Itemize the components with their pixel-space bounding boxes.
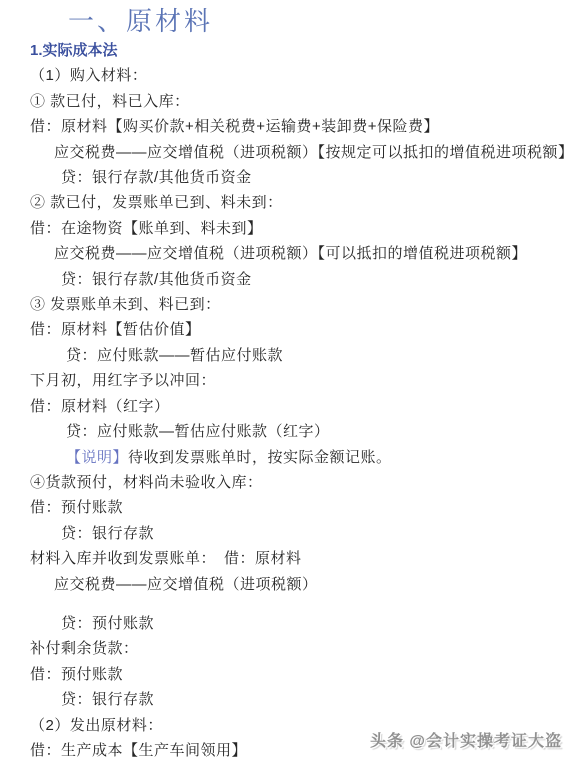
- document-line: （1）购入材料：: [30, 63, 562, 88]
- line-text: 贷：银行存款/其他货币资金: [61, 169, 252, 186]
- line-text: 应交税费——应交增值税（进项税额）: [54, 576, 318, 593]
- blank-space: [30, 595, 35, 612]
- document-line: 贷：应付账款——暂估应付账款: [30, 343, 562, 368]
- watermark-text: 头条 @会计实操考证大盗: [370, 733, 562, 750]
- line-text: （2）发出原材料：: [30, 717, 163, 734]
- document-line: ④货款预付，材料尚未验收入库：: [30, 470, 562, 495]
- line-text: 贷：预付账款: [61, 615, 154, 632]
- line-text: 待收到发票账单时，按实际金额记账。: [128, 449, 392, 466]
- blank-line: [30, 597, 562, 611]
- document-line: 下月初，用红字予以冲回：: [30, 368, 562, 393]
- line-text: 应交税费——应交增值税（进项税额）【可以抵扣的增值税进项税额】: [54, 245, 527, 262]
- document-line: 借：原材料【暂估价值】: [30, 317, 562, 342]
- document-line: 贷：预付账款: [30, 611, 562, 636]
- document-line: 借：预付账款: [30, 495, 562, 520]
- document-line: 材料入库并收到发票账单： 借：原材料: [30, 546, 562, 571]
- note-label: 【说明】: [66, 449, 128, 466]
- line-text: ③ 发票账单未到、料已到：: [30, 296, 221, 313]
- line-text: 借：原材料【暂估价值】: [30, 321, 201, 338]
- line-text: 补付剩余货款：: [30, 640, 139, 657]
- line-text: 贷：应付账款—暂估应付账款（红字）: [66, 423, 330, 440]
- document-line: 借：在途物资【账单到、料未到】: [30, 216, 562, 241]
- document-title: 一、原材料: [68, 6, 562, 36]
- document-line: 借：原材料【购买价款+相关税费+运输费+装卸费+保险费】: [30, 114, 562, 139]
- line-text: 贷：银行存款: [61, 525, 154, 542]
- document-line: ② 款已付，发票账单已到、料未到：: [30, 190, 562, 215]
- document-body: （1）购入材料：① 款已付，料已入库：借：原材料【购买价款+相关税费+运输费+装…: [30, 63, 562, 763]
- line-text: 贷：银行存款/其他货币资金: [61, 271, 252, 288]
- line-text: ④货款预付，材料尚未验收入库：: [30, 474, 263, 491]
- document-line: 贷：银行存款/其他货币资金: [30, 165, 562, 190]
- document-line: 贷：银行存款/其他货币资金: [30, 267, 562, 292]
- line-text: 应交税费——应交增值税（进项税额）【按规定可以抵扣的增值税进项税额】: [54, 144, 574, 161]
- document-line: 贷：银行存款: [30, 687, 562, 712]
- line-text: 借：在途物资【账单到、料未到】: [30, 220, 263, 237]
- line-text: 贷：应付账款——暂估应付账款: [66, 347, 283, 364]
- line-text: 借：原材料（红字）: [30, 398, 170, 415]
- line-text: 借：预付账款: [30, 666, 123, 683]
- line-text: 借：预付账款: [30, 499, 123, 516]
- line-text: ② 款已付，发票账单已到、料未到：: [30, 194, 283, 211]
- line-text: 材料入库并收到发票账单： 借：原材料: [30, 550, 302, 567]
- document-line: 借：原材料（红字）: [30, 394, 562, 419]
- line-text: 贷：银行存款: [61, 691, 154, 708]
- document-line: 借：预付账款: [30, 662, 562, 687]
- line-text: 借：原材料【购买价款+相关税费+运输费+装卸费+保险费】: [30, 118, 439, 135]
- line-text: 下月初，用红字予以冲回：: [30, 372, 216, 389]
- document-line: 贷：银行存款: [30, 521, 562, 546]
- line-text: （1）购入材料：: [30, 67, 147, 84]
- document-line: ③ 发票账单未到、料已到：: [30, 292, 562, 317]
- document-line: 补付剩余货款：: [30, 636, 562, 661]
- document-line: 贷：应付账款—暂估应付账款（红字）: [30, 419, 562, 444]
- document-line: ① 款已付，料已入库：: [30, 89, 562, 114]
- watermark: 头条 @会计实操考证大盗: [348, 710, 562, 769]
- document-line: 应交税费——应交增值税（进项税额）【按规定可以抵扣的增值税进项税额】: [30, 140, 562, 165]
- document-page: 一、原材料 1.实际成本法 （1）购入材料：① 款已付，料已入库：借：原材料【购…: [0, 0, 574, 776]
- line-text: ① 款已付，料已入库：: [30, 93, 190, 110]
- document-line: 应交税费——应交增值税（进项税额）【可以抵扣的增值税进项税额】: [30, 241, 562, 266]
- document-line: 应交税费——应交增值税（进项税额）: [30, 572, 562, 597]
- document-line: 【说明】待收到发票账单时，按实际金额记账。: [30, 445, 562, 470]
- line-text: 借：生产成本【生产车间领用】: [30, 742, 247, 759]
- section-heading: 1.实际成本法: [30, 38, 562, 63]
